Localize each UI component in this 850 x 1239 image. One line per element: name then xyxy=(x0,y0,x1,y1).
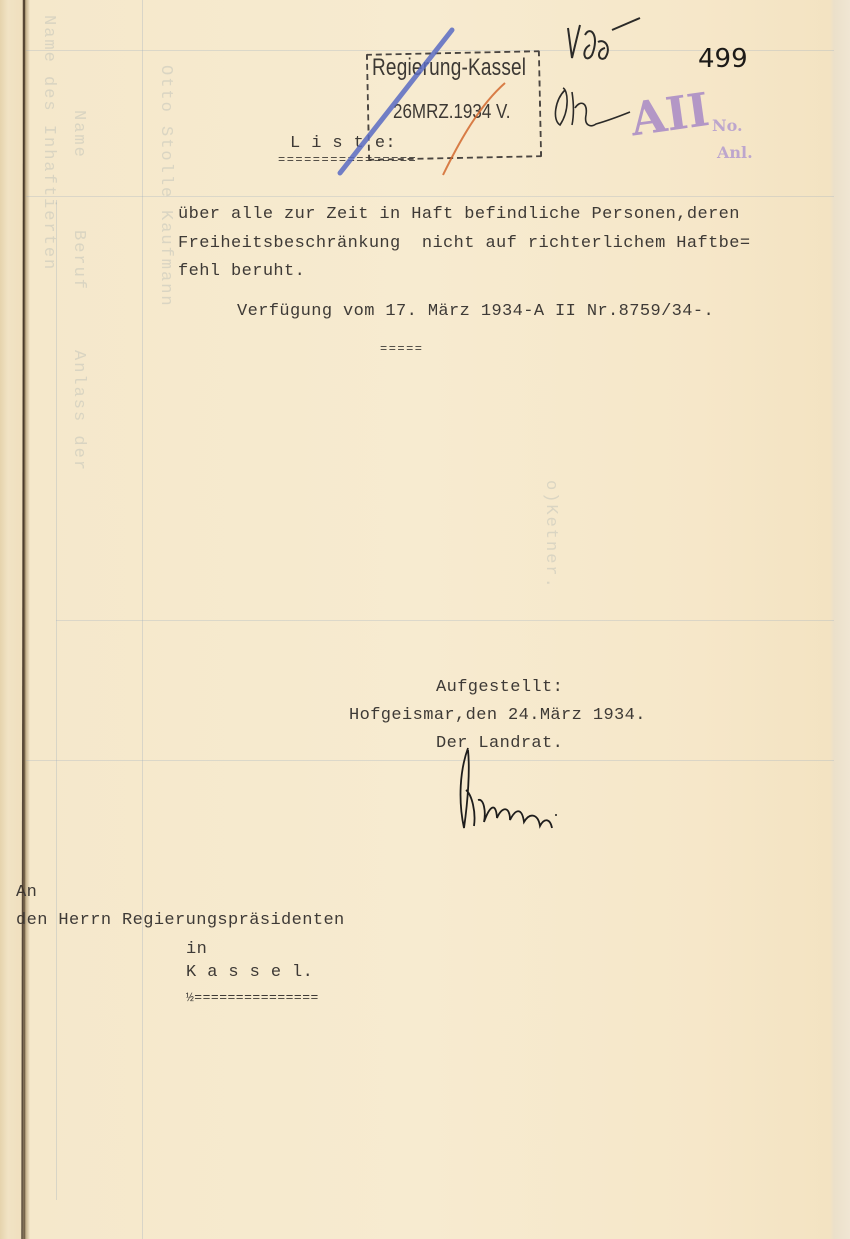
handwritten-mark-v66 xyxy=(568,18,640,59)
blue-pencil-stroke xyxy=(340,30,452,173)
handwritten-initials xyxy=(555,88,630,126)
annotation-layer xyxy=(0,0,850,1239)
signature-handwritten xyxy=(461,748,552,828)
red-pencil-stroke xyxy=(443,83,505,175)
binding-edge xyxy=(22,0,24,1239)
